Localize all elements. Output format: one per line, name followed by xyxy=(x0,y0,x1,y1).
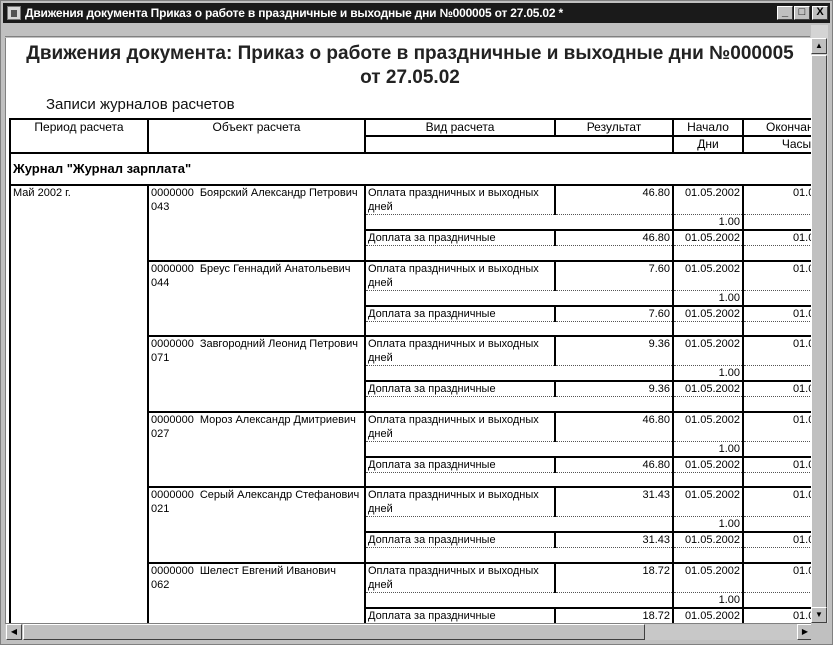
header-days: Дни xyxy=(673,136,743,153)
days-value: 1.00 xyxy=(673,592,743,608)
blank-cell xyxy=(743,321,813,336)
calc-start: 01.05.2002 xyxy=(673,532,743,548)
object-cell: 0000000Серый Александр Стефанович021 xyxy=(148,487,365,563)
calc-end: 01.05.2002 xyxy=(743,412,813,442)
blank-cell xyxy=(365,366,673,382)
section-title: Записи журналов расчетов xyxy=(46,96,235,113)
calc-end: 01.05.2002 xyxy=(743,532,813,548)
header-start: Начало xyxy=(673,119,743,136)
blank-cell xyxy=(673,397,743,412)
calc-kind: Оплата праздничных и выходных xyxy=(365,563,555,578)
calc-start: 01.05.2002 xyxy=(673,487,743,517)
table-row: Журнал "Журнал зарплата" xyxy=(10,153,813,185)
calc-kind-cont: дней xyxy=(365,578,555,593)
calc-end: 01.05.2002 xyxy=(743,487,813,517)
blank-cell xyxy=(743,472,813,487)
title-bar[interactable]: Движения документа Приказ о работе в пра… xyxy=(3,3,830,23)
calc-end: 01.05.2002 xyxy=(743,230,813,246)
employee-tab-number: 027 xyxy=(151,427,362,441)
blank-cell xyxy=(743,548,813,563)
calc-kind: Доплата за праздничные xyxy=(365,306,555,322)
table-row: Период расчетаОбъект расчетаВид расчетаР… xyxy=(10,119,813,136)
employee-tab-number: 071 xyxy=(151,351,362,365)
calc-end: 01.05.2002 xyxy=(743,261,813,291)
employee-tab-number: 062 xyxy=(151,578,362,592)
calc-start: 01.05.2002 xyxy=(673,457,743,473)
hours-value: 8.00 xyxy=(743,592,813,608)
calc-kind: Оплата праздничных и выходных xyxy=(365,487,555,502)
document-title-line2: от 27.05.02 xyxy=(6,66,813,90)
journal-group-title: Журнал "Журнал зарплата" xyxy=(10,153,813,185)
blank-cell xyxy=(673,246,743,261)
days-value: 1.00 xyxy=(673,441,743,457)
blank-cell xyxy=(743,397,813,412)
calc-result: 9.36 xyxy=(555,381,673,397)
days-value: 1.00 xyxy=(673,366,743,382)
scroll-left-button[interactable]: ◀ xyxy=(6,624,22,640)
period-cell: Май 2002 г. xyxy=(10,185,148,624)
hours-value: 4.00 xyxy=(743,366,813,382)
employee-code: 0000000 xyxy=(151,565,194,577)
calc-kind: Доплата за праздничные xyxy=(365,230,555,246)
blank-cell xyxy=(365,472,673,487)
calc-end: 01.05.2002 xyxy=(743,336,813,366)
hours-value: 8.00 xyxy=(743,517,813,533)
header-period: Период расчета xyxy=(10,119,148,153)
calc-start: 01.05.2002 xyxy=(673,261,743,291)
days-value: 1.00 xyxy=(673,517,743,533)
document-title: Движения документа: Приказ о работе в пр… xyxy=(6,42,813,90)
hours-value: 4.00 xyxy=(743,290,813,306)
calc-end: 01.05.2002 xyxy=(743,563,813,593)
calc-kind-cont: дней xyxy=(365,502,555,517)
object-cell: 0000000Завгородний Леонид Петрович071 xyxy=(148,336,365,412)
employee-name: Мороз Александр Дмитриевич xyxy=(200,414,356,426)
object-cell: 0000000Бреус Геннадий Анатольевич044 xyxy=(148,261,365,337)
calc-start: 01.05.2002 xyxy=(673,563,743,593)
blank-cell xyxy=(365,517,673,533)
header-kind: Вид расчета xyxy=(365,119,555,136)
scroll-down-button[interactable]: ▼ xyxy=(811,607,827,623)
employee-name: Серый Александр Стефанович xyxy=(200,489,359,501)
blank-cell xyxy=(743,246,813,261)
document-icon xyxy=(7,6,21,20)
blank-cell xyxy=(365,321,673,336)
calc-start: 01.05.2002 xyxy=(673,608,743,624)
window-title: Движения документа Приказ о работе в пра… xyxy=(25,6,777,20)
calc-kind: Оплата праздничных и выходных xyxy=(365,412,555,427)
days-value: 1.00 xyxy=(673,290,743,306)
calc-result: 31.43 xyxy=(555,532,673,548)
employee-tab-number: 021 xyxy=(151,502,362,516)
vertical-scrollbar[interactable]: ▲ ▼ xyxy=(811,25,828,624)
employee-code: 0000000 xyxy=(151,263,194,275)
maximize-button[interactable]: □ xyxy=(794,6,810,20)
calc-kind: Оплата праздничных и выходных xyxy=(365,185,555,200)
calc-kind: Доплата за праздничные xyxy=(365,457,555,473)
header-hours: Часы xyxy=(743,136,813,153)
calc-result: 31.43 xyxy=(555,487,673,517)
employee-tab-number: 043 xyxy=(151,200,362,214)
calc-end: 01.05.2002 xyxy=(743,185,813,215)
calc-start: 01.05.2002 xyxy=(673,336,743,366)
object-cell: 0000000Шелест Евгений Иванович062 xyxy=(148,563,365,625)
calc-result: 18.72 xyxy=(555,608,673,624)
blank-cell xyxy=(365,441,673,457)
hours-value: 20.00 xyxy=(743,441,813,457)
minimize-button[interactable]: _ xyxy=(777,6,793,20)
calc-kind-cont: дней xyxy=(365,200,555,215)
blank-cell xyxy=(673,548,743,563)
calc-result: 46.80 xyxy=(555,185,673,215)
calc-kind: Оплата праздничных и выходных xyxy=(365,336,555,351)
calc-start: 01.05.2002 xyxy=(673,185,743,215)
resize-grip[interactable] xyxy=(811,623,828,640)
calc-kind-cont: дней xyxy=(365,276,555,291)
document-title-line1: Движения документа: Приказ о работе в пр… xyxy=(6,42,813,66)
horizontal-scrollbar[interactable]: ◀ ▶ xyxy=(5,623,813,640)
journal-records-table: Период расчетаОбъект расчетаВид расчетаР… xyxy=(9,118,813,624)
calc-end: 01.05.2002 xyxy=(743,306,813,322)
calc-result: 9.36 xyxy=(555,336,673,366)
header-result: Результат xyxy=(555,119,673,136)
hours-value: 20.00 xyxy=(743,215,813,231)
blank-cell xyxy=(365,592,673,608)
blank-cell xyxy=(365,215,673,231)
calc-start: 01.05.2002 xyxy=(673,306,743,322)
blank-cell xyxy=(673,472,743,487)
calc-result: 46.80 xyxy=(555,230,673,246)
calc-start: 01.05.2002 xyxy=(673,381,743,397)
calc-start: 01.05.2002 xyxy=(673,412,743,442)
blank-cell xyxy=(365,246,673,261)
employee-code: 0000000 xyxy=(151,338,194,350)
vertical-scroll-thumb[interactable] xyxy=(811,55,827,630)
calc-result: 46.80 xyxy=(555,457,673,473)
calc-kind: Доплата за праздничные xyxy=(365,532,555,548)
employee-code: 0000000 xyxy=(151,187,194,199)
employee-name: Завгородний Леонид Петрович xyxy=(200,338,358,350)
header-blank xyxy=(365,136,673,153)
toolbar-strip xyxy=(5,25,810,37)
days-value: 1.00 xyxy=(673,215,743,231)
close-button[interactable]: X xyxy=(812,6,828,20)
header-object: Объект расчета xyxy=(148,119,365,153)
calc-kind-cont: дней xyxy=(365,427,555,442)
calc-end: 01.05.2002 xyxy=(743,457,813,473)
employee-name: Бреус Геннадий Анатольевич xyxy=(200,263,351,275)
calc-end: 01.05.2002 xyxy=(743,381,813,397)
employee-name: Боярский Александр Петрович xyxy=(200,187,358,199)
blank-cell xyxy=(365,548,673,563)
blank-cell xyxy=(365,397,673,412)
employee-code: 0000000 xyxy=(151,489,194,501)
calc-result: 46.80 xyxy=(555,412,673,442)
header-end: Окончание xyxy=(743,119,813,136)
report-area: Движения документа: Приказ о работе в пр… xyxy=(5,38,813,624)
scroll-up-button[interactable]: ▲ xyxy=(811,38,827,54)
calc-kind: Оплата праздничных и выходных xyxy=(365,261,555,276)
table-row: Май 2002 г.0000000Боярский Александр Пет… xyxy=(10,185,813,200)
object-cell: 0000000Мороз Александр Дмитриевич027 xyxy=(148,412,365,488)
blank-cell xyxy=(365,290,673,306)
calc-result: 18.72 xyxy=(555,563,673,593)
calc-start: 01.05.2002 xyxy=(673,230,743,246)
calc-result: 7.60 xyxy=(555,306,673,322)
employee-tab-number: 044 xyxy=(151,276,362,290)
horizontal-scroll-thumb[interactable] xyxy=(23,624,645,640)
employee-name: Шелест Евгений Иванович xyxy=(200,565,336,577)
object-cell: 0000000Боярский Александр Петрович043 xyxy=(148,185,365,261)
calc-kind: Доплата за праздничные xyxy=(365,608,555,624)
employee-code: 0000000 xyxy=(151,414,194,426)
blank-cell xyxy=(673,321,743,336)
document-movements-window: Движения документа Приказ о работе в пра… xyxy=(0,0,833,645)
calc-end: 01.05.2002 xyxy=(743,608,813,624)
calc-kind-cont: дней xyxy=(365,351,555,366)
calc-kind: Доплата за праздничные xyxy=(365,381,555,397)
calc-result: 7.60 xyxy=(555,261,673,291)
